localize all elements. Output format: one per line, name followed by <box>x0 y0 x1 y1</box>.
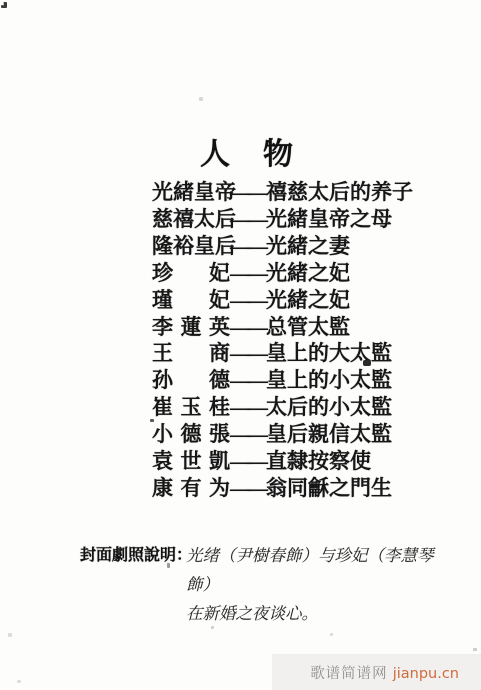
scan-speck <box>150 419 154 422</box>
cover-note-line1: 光绪（尹樹春飾）与珍妃（李慧琴飾） <box>186 546 434 594</box>
character-description: 光緒之妻 <box>266 234 350 258</box>
character-list: 光緒皇帝——禧慈太后的养子 慈禧太后——光緒皇帝之母 隆裕皇后——光緒之妻 珍妃… <box>152 179 452 502</box>
page-title: 人物 <box>0 129 481 173</box>
character-name: 光緒皇帝 <box>152 179 230 206</box>
character-description: 直隸按察使 <box>266 449 371 473</box>
scan-speck <box>473 648 477 651</box>
character-row: 康有为——翁同龢之門生 <box>152 475 452 502</box>
character-name: 袁世凱 <box>152 448 230 475</box>
character-name: 瑾妃 <box>152 287 230 314</box>
character-row: 袁世凱——直隸按察使 <box>152 448 452 475</box>
dash-separator: —— <box>230 340 264 367</box>
dash-separator: —— <box>230 475 264 502</box>
character-name: 珍妃 <box>152 260 230 287</box>
scan-speck <box>167 563 170 568</box>
dash-separator: —— <box>230 206 264 233</box>
character-row: 珍妃——光緒之妃 <box>152 260 452 287</box>
dash-separator: —— <box>230 421 264 448</box>
character-name: 崔玉桂 <box>152 394 230 421</box>
character-name: 李蓮英 <box>152 314 230 341</box>
character-row: 孙德——皇上的小太監 <box>152 367 452 394</box>
character-name: 孙德 <box>152 367 230 394</box>
cover-note-line2: 在新婚之夜谈心。 <box>186 604 318 623</box>
scan-speck <box>17 680 21 683</box>
character-description: 总管太監 <box>266 315 350 339</box>
cover-photo-note-text: 光绪（尹樹春飾）与珍妃（李慧琴飾） 在新婚之夜谈心。 <box>186 541 456 628</box>
dash-separator: —— <box>230 287 264 314</box>
dash-separator: —— <box>230 367 264 394</box>
character-description: 光緒之妃 <box>266 288 350 312</box>
character-row: 崔玉桂——太后的小太監 <box>152 394 452 421</box>
character-row: 王商——皇上的大太監 <box>152 340 452 367</box>
character-description: 皇上的小太監 <box>266 368 392 392</box>
dash-separator: —— <box>230 260 264 287</box>
character-row: 李蓮英——总管太監 <box>152 314 452 341</box>
scan-speck <box>330 633 333 636</box>
cover-photo-note-label: 封面劇照說明： <box>80 542 192 565</box>
scan-speck <box>211 626 214 629</box>
scan-speck <box>1 2 7 8</box>
site-name: 歌谱简谱网 <box>310 666 388 682</box>
dash-separator: —— <box>230 448 264 475</box>
character-description: 禧慈太后的养子 <box>266 180 413 204</box>
dash-separator: —— <box>230 314 264 341</box>
scan-speck <box>199 97 203 101</box>
character-name: 隆裕皇后 <box>152 233 230 260</box>
dash-separator: —— <box>230 233 264 260</box>
character-description: 皇上的大太監 <box>266 341 392 365</box>
character-name: 小德張 <box>152 421 230 448</box>
dash-separator: —— <box>230 394 264 421</box>
character-description: 皇后親信太監 <box>266 422 392 446</box>
character-description: 翁同龢之門生 <box>266 476 392 500</box>
character-description: 太后的小太監 <box>266 395 392 419</box>
dash-separator: —— <box>230 179 264 206</box>
character-row: 光緒皇帝——禧慈太后的养子 <box>152 179 452 206</box>
site-watermark: 歌谱简谱网jianpu.cn <box>310 662 459 683</box>
character-name: 王商 <box>152 340 230 367</box>
character-row: 慈禧太后——光緒皇帝之母 <box>152 206 452 233</box>
scanned-book-page: 人物 光緒皇帝——禧慈太后的养子 慈禧太后——光緒皇帝之母 隆裕皇后——光緒之妻… <box>0 0 481 690</box>
character-description: 光緒之妃 <box>266 261 350 285</box>
character-description: 光緒皇帝之母 <box>266 207 392 231</box>
scan-speck <box>363 360 371 366</box>
scan-speck <box>8 633 12 637</box>
character-row: 瑾妃——光緒之妃 <box>152 287 452 314</box>
character-row: 隆裕皇后——光緒之妻 <box>152 233 452 260</box>
character-name: 康有为 <box>152 475 230 502</box>
character-name: 慈禧太后 <box>152 206 230 233</box>
site-url: jianpu.cn <box>393 666 459 682</box>
character-row: 小德張——皇后親信太監 <box>152 421 452 448</box>
